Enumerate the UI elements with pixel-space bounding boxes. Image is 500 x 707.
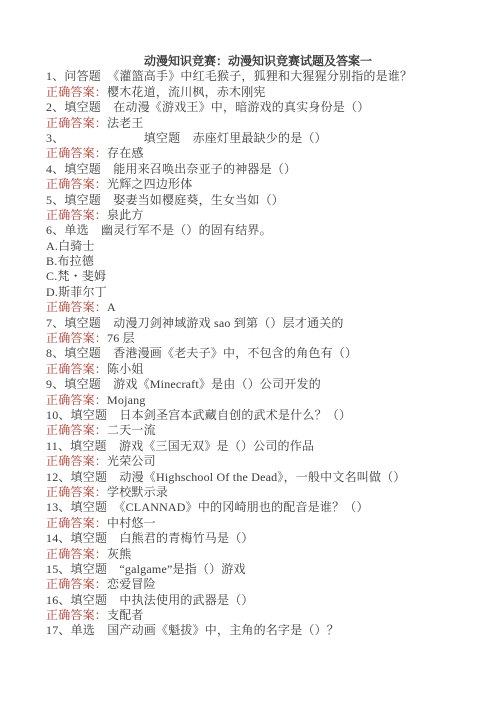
question-line: 13、填空题 《CLANNAD》中的冈崎朋也的配音是谁？（） [46,500,470,515]
question-line: 10、填空题 日本剑圣宫本武藏自创的武术是什么？（） [46,408,470,423]
answer-label: 正确答案： [46,516,107,530]
question-line: 16、填空题 中执法使用的武器是（） [46,593,470,608]
question-line: 9、填空题 游戏《Minecraft》是由（）公司开发的 [46,377,470,392]
document-body: 动漫知识竞赛：动漫知识竞赛试题及答案一1、问答题 《灌篮高手》中红毛猴子，狐狸和… [0,0,500,639]
answer-line: 正确答案：中村悠一 [46,516,470,531]
question-line: 3、 填空题 赤座灯里最缺少的是（） [46,131,470,146]
answer-text: 支配者 [107,608,144,622]
question-line: 6、单选 幽灵行军不是（）的固有结界。 [46,223,470,238]
answer-label: 正确答案： [46,177,107,191]
question-line: 7、填空题 动漫刀剑神域游戏 sao 到第（）层才通关的 [46,316,470,331]
page: 动漫知识竞赛：动漫知识竞赛试题及答案一1、问答题 《灌篮高手》中红毛猴子，狐狸和… [0,0,500,707]
answer-line: 正确答案：二天一流 [46,423,470,438]
answer-text: 泉此方 [107,208,144,222]
question-line: 14、填空题 白熊君的青梅竹马是（） [46,531,470,546]
answer-label: 正确答案： [46,423,107,437]
answer-label: 正确答案： [46,547,107,561]
answer-text: 中村悠一 [107,516,156,530]
answer-label: 正确答案： [46,454,107,468]
answer-line: 正确答案：法老王 [46,116,470,131]
answer-text: 存在感 [107,146,144,160]
question-line: 2、填空题 在动漫《游戏王》中，暗游戏的真实身份是（） [46,100,470,115]
answer-text: Mojang [107,393,146,407]
answer-line: 正确答案：光荣公司 [46,454,470,469]
answer-label: 正确答案： [46,146,107,160]
question-line: 12、填空题 动漫《Highschool Of the Dead》，一般中文名叫… [46,470,470,485]
answer-line: 正确答案：Mojang [46,393,470,408]
answer-label: 正确答案： [46,331,107,345]
question-line: 1、问答题 《灌篮高手》中红毛猴子，狐狸和大猩猩分别指的是谁？ [46,69,470,84]
answer-label: 正确答案： [46,485,107,499]
answer-text: 恋爱冒险 [107,577,156,591]
answer-line: 正确答案：陈小姐 [46,362,470,377]
answer-label: 正确答案： [46,608,107,622]
doc-title: 动漫知识竞赛：动漫知识竞赛试题及答案一 [46,54,470,69]
answer-text: 二天一流 [107,423,156,437]
answer-text: A [107,300,116,314]
answer-text: 灰熊 [107,547,131,561]
answer-line: 正确答案：A [46,300,470,315]
answer-text: 樱木花道，流川枫，赤木刚宪 [107,85,266,99]
question-line: 5、填空题 娶妻当如樱庭葵，生女当如（） [46,193,470,208]
answer-label: 正确答案： [46,116,107,130]
answer-label: 正确答案： [46,300,107,314]
question-line: 15、填空题 “galgame”是指（）游戏 [46,562,470,577]
answer-text: 学校默示录 [107,485,168,499]
option-line: A.白骑士 [46,239,470,254]
answer-label: 正确答案： [46,393,107,407]
answer-text: 陈小姐 [107,362,144,376]
option-line: C.梵・斐姆 [46,269,470,284]
option-line: B.布拉德 [46,254,470,269]
question-line: 17、单选 国产动画《魁拔》中，主角的名字是（）？ [46,623,470,638]
answer-text: 光辉之四边形体 [107,177,192,191]
answer-label: 正确答案： [46,85,107,99]
answer-line: 正确答案：灰熊 [46,547,470,562]
answer-label: 正确答案： [46,362,107,376]
answer-line: 正确答案：76 层 [46,331,470,346]
answer-text: 76 层 [107,331,135,345]
answer-text: 法老王 [107,116,144,130]
answer-line: 正确答案：樱木花道，流川枫，赤木刚宪 [46,85,470,100]
answer-label: 正确答案： [46,577,107,591]
answer-line: 正确答案：存在感 [46,146,470,161]
answer-line: 正确答案：支配者 [46,608,470,623]
answer-line: 正确答案：光辉之四边形体 [46,177,470,192]
question-line: 8、填空题 香港漫画《老夫子》中，不包含的角色有（） [46,346,470,361]
answer-label: 正确答案： [46,208,107,222]
answer-text: 光荣公司 [107,454,156,468]
answer-line: 正确答案：泉此方 [46,208,470,223]
question-line: 11、填空题 游戏《三国无双》是（）公司的作品 [46,439,470,454]
option-line: D.斯菲尔丁 [46,285,470,300]
answer-line: 正确答案：学校默示录 [46,485,470,500]
answer-line: 正确答案：恋爱冒险 [46,577,470,592]
question-line: 4、填空题 能用来召唤出奈亚子的神器是（） [46,162,470,177]
